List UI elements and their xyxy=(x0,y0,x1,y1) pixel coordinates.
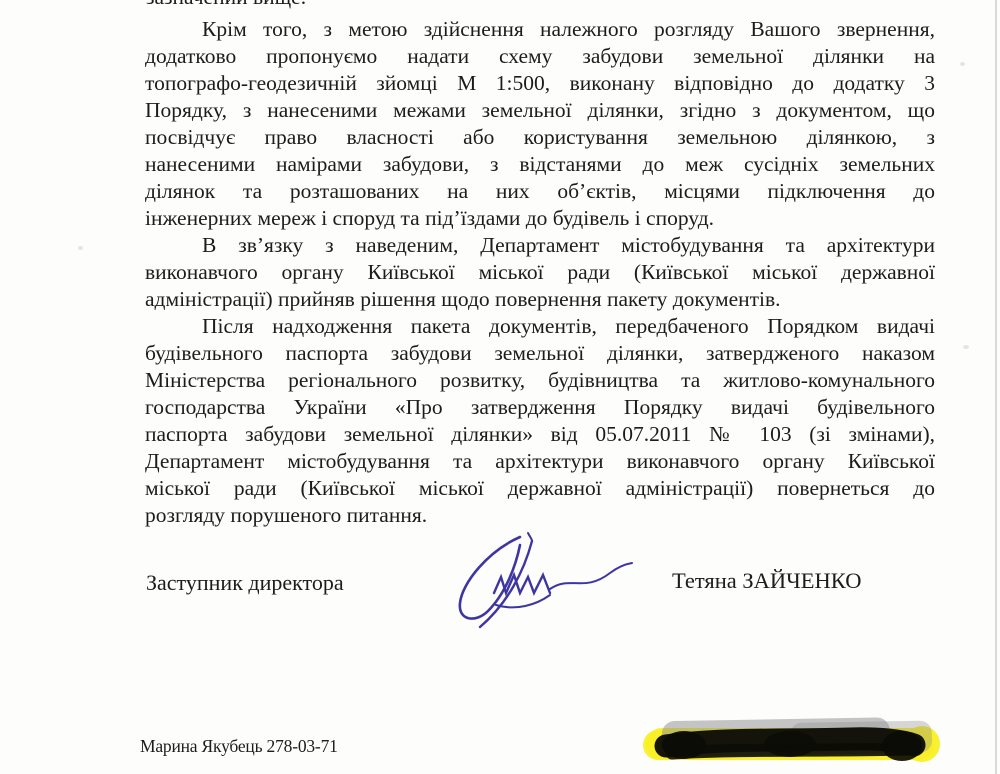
text-line: виконавчого органу Київської міської рад… xyxy=(145,259,935,286)
text-line: ділянок та розташованих на них об’єктів,… xyxy=(145,178,935,205)
text-line: Крім того, з метою здійснення належного … xyxy=(145,16,935,43)
text-line: топографо-геодезичній зйомці М 1:500, ви… xyxy=(145,70,935,97)
contact-line: Марина Якубець 278-03-71 xyxy=(140,736,338,757)
text-line: посвідчує право власності або користуван… xyxy=(145,124,935,151)
text-line: додатково пропонуємо надати схему забудо… xyxy=(145,43,935,70)
signer-name: Тетяна ЗАЙЧЕНКО xyxy=(672,568,862,594)
scanned-letter-page: зазначений вище. Крім того, з метою здій… xyxy=(0,0,1000,774)
scan-speck xyxy=(963,345,969,349)
text-line: господарства України «Про затвердження П… xyxy=(145,394,935,421)
top-clipped-text-line: зазначений вище. xyxy=(146,0,306,11)
letter-body: Крім того, з метою здійснення належного … xyxy=(145,16,935,529)
text-line: адміністрації) прийняв рішення щодо пове… xyxy=(145,286,935,313)
text-line: Міністерства регіонального розвитку, буд… xyxy=(145,367,935,394)
text-line: будівельного паспорта забудови земельної… xyxy=(145,340,935,367)
text-line: Після надходження пакета документів, пер… xyxy=(145,313,935,340)
scan-speck xyxy=(960,62,965,66)
text-line: міської ради (Київської міської державно… xyxy=(145,475,935,502)
text-line: Порядку, з нанесеними межами земельної д… xyxy=(145,97,935,124)
text-line: інженерних мереж і споруд та під’їздами … xyxy=(145,205,935,232)
text-line: В зв’язку з наведеним, Департамент місто… xyxy=(145,232,935,259)
paragraph: Крім того, з метою здійснення належного … xyxy=(145,16,935,232)
paragraph: В зв’язку з наведеним, Департамент місто… xyxy=(145,232,935,313)
text-line: Департамент містобудування та архітектур… xyxy=(145,448,935,475)
scan-edge-line xyxy=(995,0,997,774)
handwritten-signature-icon xyxy=(432,531,637,638)
paragraph: Після надходження пакета документів, пер… xyxy=(145,313,935,529)
signer-title: Заступник директора xyxy=(146,570,344,596)
text-line: паспорта забудови земельної ділянки» від… xyxy=(145,421,935,448)
text-line: розгляду порушеного питання. xyxy=(145,502,935,529)
text-line: нанесеними намірами забудови, з відстаня… xyxy=(145,151,935,178)
redaction-scribble-icon xyxy=(640,714,950,774)
scan-speck xyxy=(78,246,83,250)
